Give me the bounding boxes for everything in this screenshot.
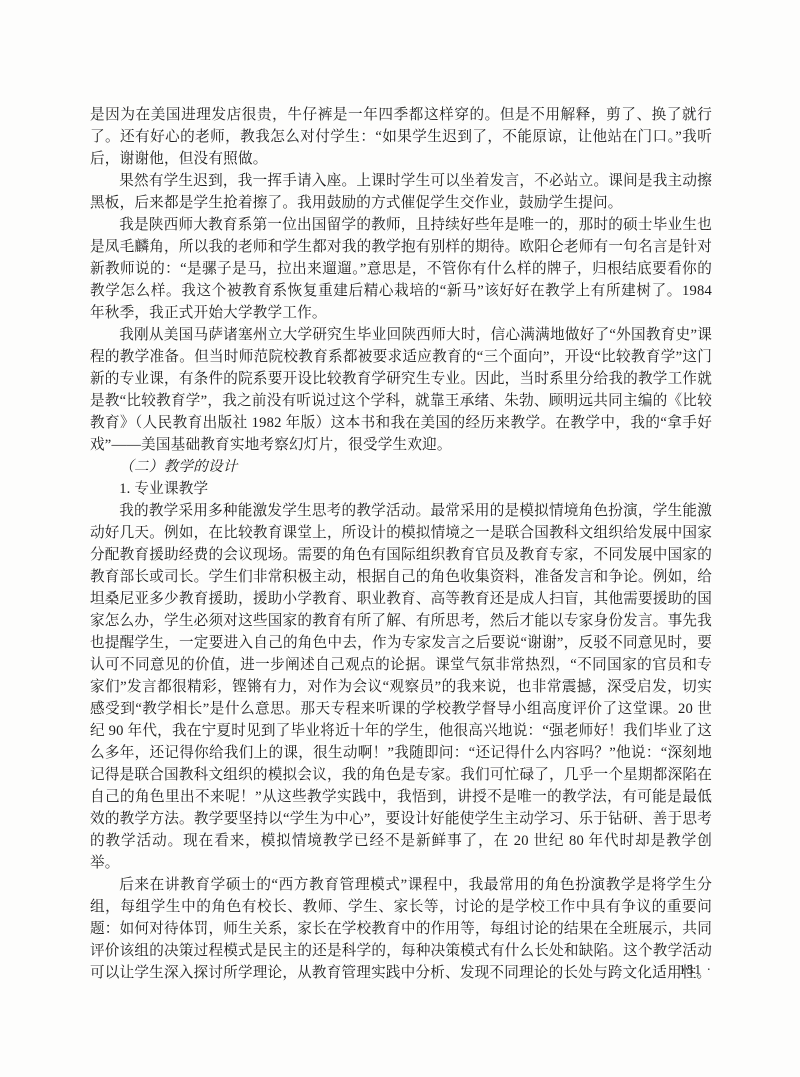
document-page: 是因为在美国进理发店很贵，牛仔裤是一年四季都这样穿的。但是不用解释，剪了、换了就…: [0, 0, 800, 1077]
paragraph: 我的教学采用多种能激发学生思考的教学活动。最常采用的是模拟情境角色扮演，学生能激…: [90, 500, 712, 874]
paragraph: 果然有学生迟到，我一挥手请入座。上课时学生可以坐着发言，不必站立。课间是我主动擦…: [90, 170, 712, 214]
paragraph: 我刚从美国马萨诸塞州立大学研究生毕业回陕西师大时，信心满满地做好了“外国教育史”…: [90, 324, 712, 456]
paragraph: 我是陕西师大教育系第一位出国留学的教师，且持续好些年是唯一的，那时的硕士毕业生也…: [90, 214, 712, 324]
paragraph-continuation: 是因为在美国进理发店很贵，牛仔裤是一年四季都这样穿的。但是不用解释，剪了、换了就…: [90, 104, 712, 170]
page-number: · 131 ·: [90, 962, 712, 978]
subsection-heading: 1. 专业课教学: [90, 478, 712, 500]
section-heading: （二）教学的设计: [90, 456, 712, 478]
page-text-block: 是因为在美国进理发店很贵，牛仔裤是一年四季都这样穿的。但是不用解释，剪了、换了就…: [90, 104, 712, 984]
